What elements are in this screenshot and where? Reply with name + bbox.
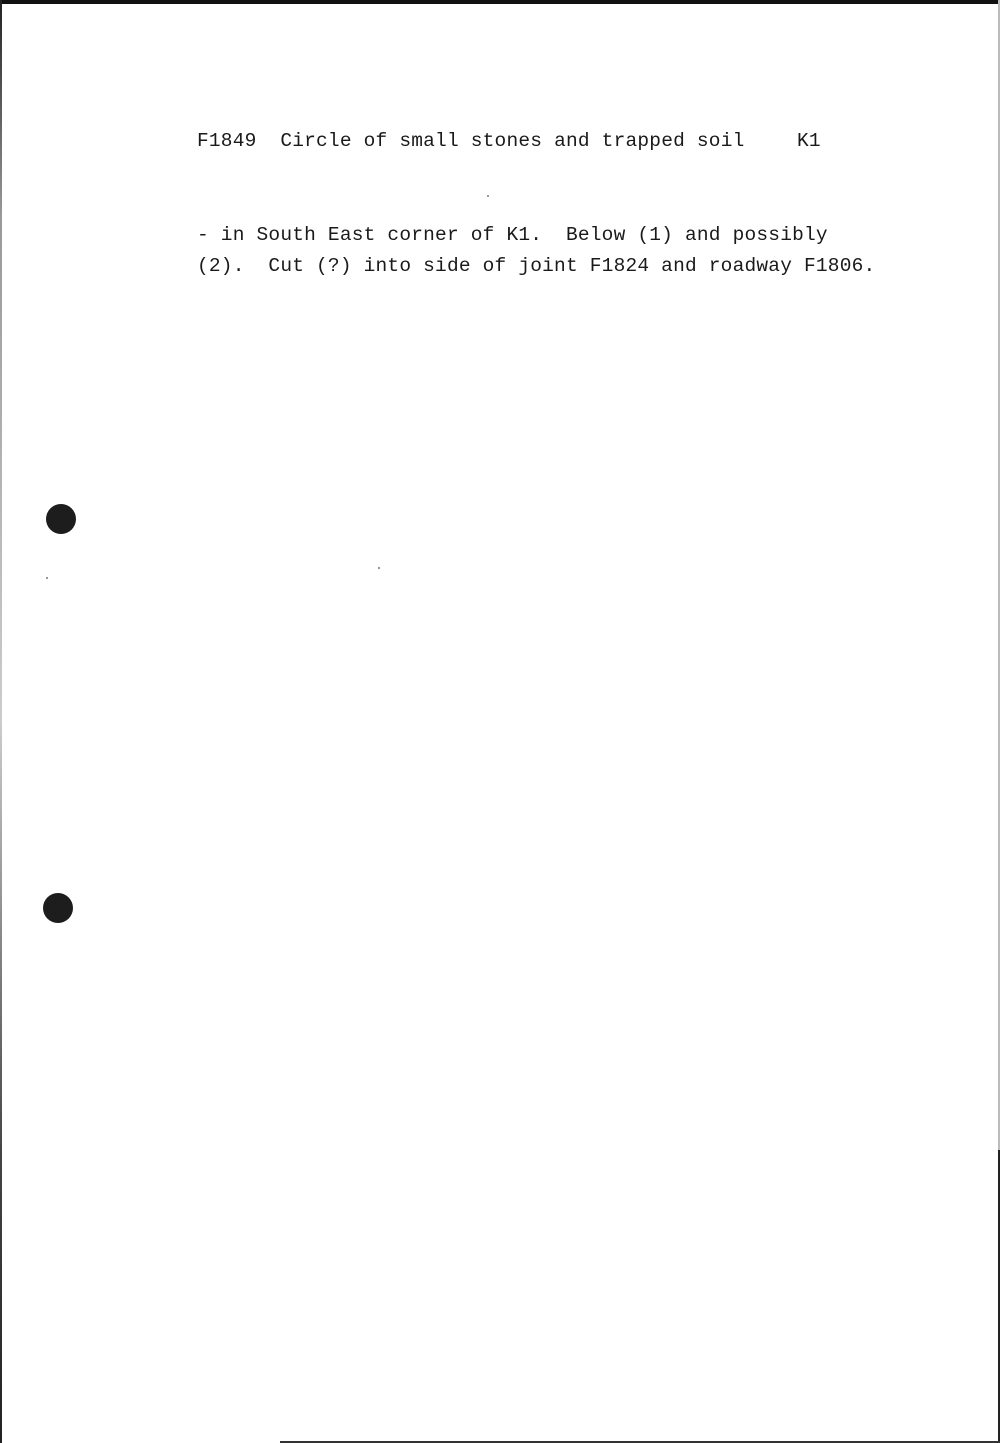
feature-id: F1849: [197, 130, 257, 152]
scan-speck: [378, 567, 380, 569]
punch-hole-icon: [46, 504, 76, 534]
page-edge-top: [0, 0, 1000, 4]
punch-hole-icon: [43, 893, 73, 923]
scan-speck: [46, 577, 48, 579]
feature-description: Circle of small stones and trapped soil: [280, 130, 744, 152]
scan-speck: [487, 195, 489, 197]
body-line: - in South East corner of K1. Below (1) …: [197, 226, 828, 246]
document-heading: F1849 Circle of small stones and trapped…: [197, 132, 745, 152]
area-label: K1: [797, 132, 821, 152]
page-edge-left: [0, 0, 2, 1443]
body-line: (2). Cut (?) into side of joint F1824 an…: [197, 257, 875, 277]
